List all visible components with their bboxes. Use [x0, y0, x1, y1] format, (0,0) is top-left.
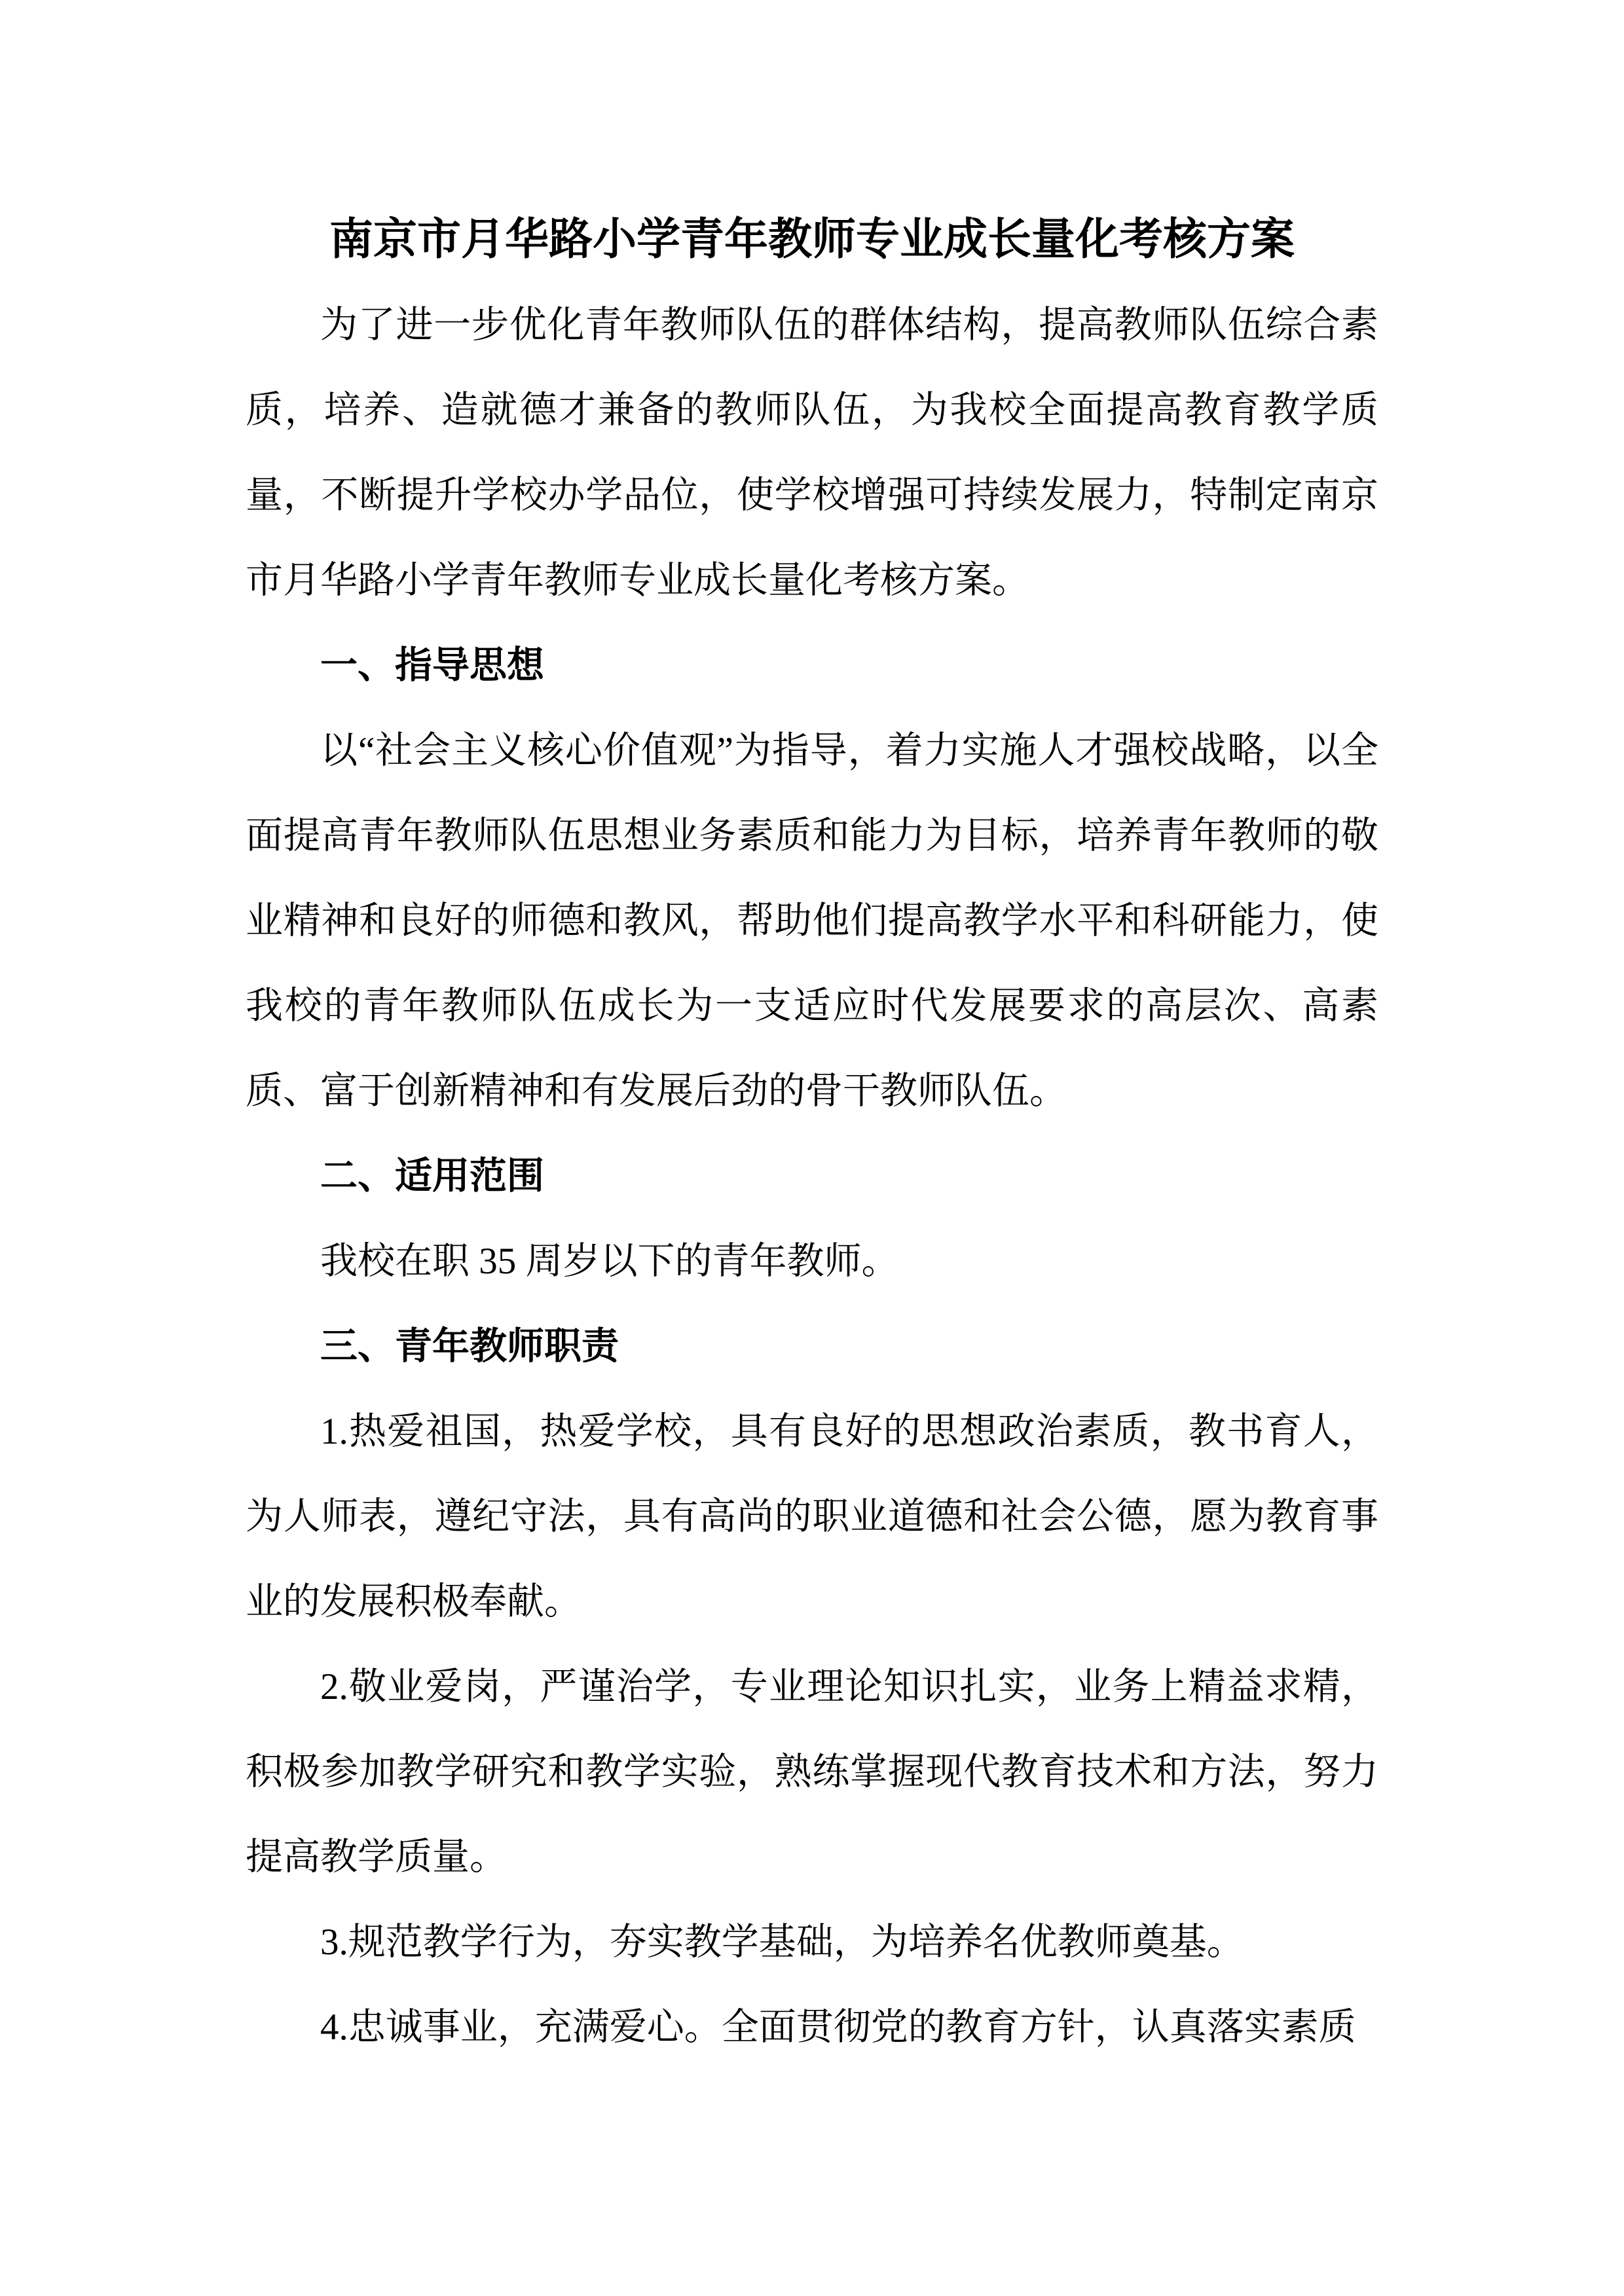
section-heading-2: 二、适用范围: [246, 1134, 1378, 1219]
section-1-paragraph: 以“社会主义核心价值观”为指导，着力实施人才强校战略，以全面提高青年教师队伍思想…: [246, 708, 1378, 1134]
document-page: 南京市月华路小学青年教师专业成长量化考核方案 为了进一步优化青年教师队伍的群体结…: [0, 0, 1624, 2296]
document-title: 南京市月华路小学青年教师专业成长量化考核方案: [246, 196, 1378, 283]
document-body: 南京市月华路小学青年教师专业成长量化考核方案 为了进一步优化青年教师队伍的群体结…: [246, 196, 1378, 2070]
section-3-item-2: 2.敬业爱岗，严谨治学，专业理论知识扎实，业务上精益求精，积极参加教学研究和教学…: [246, 1645, 1378, 1900]
section-heading-1: 一、指导思想: [246, 623, 1378, 708]
section-3-item-1: 1.热爱祖国，热爱学校，具有良好的思想政治素质，教书育人，为人师表，遵纪守法，具…: [246, 1389, 1378, 1645]
section-3-item-3: 3.规范教学行为，夯实教学基础，为培养名优教师奠基。: [246, 1900, 1378, 1985]
section-2-paragraph: 我校在职 35 周岁以下的青年教师。: [246, 1219, 1378, 1304]
section-3-item-4: 4.忠诚事业，充满爱心。全面贯彻党的教育方针，认真落实素质: [246, 1985, 1378, 2070]
intro-paragraph: 为了进一步优化青年教师队伍的群体结构，提高教师队伍综合素质，培养、造就德才兼备的…: [246, 283, 1378, 623]
section-heading-3: 三、青年教师职责: [246, 1304, 1378, 1389]
